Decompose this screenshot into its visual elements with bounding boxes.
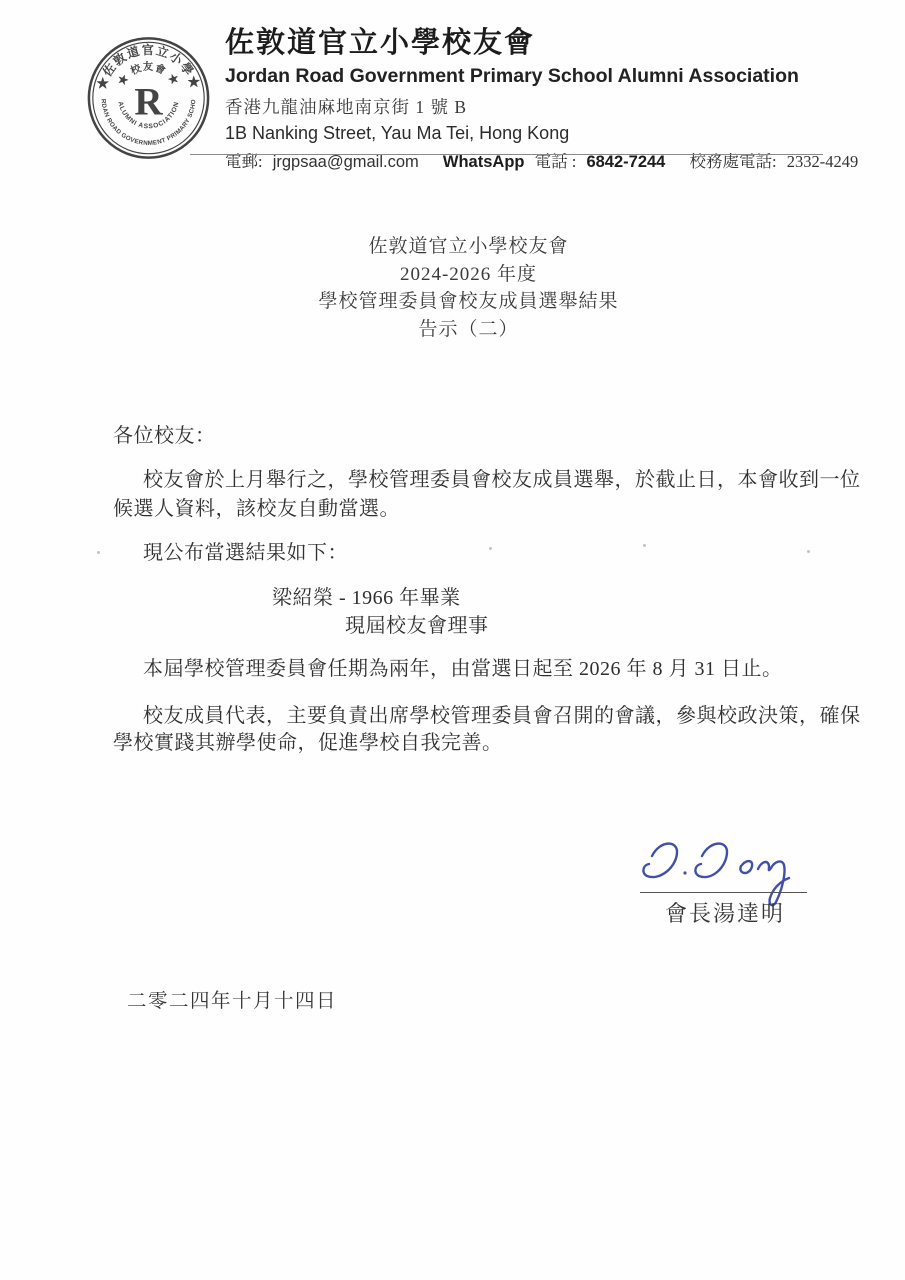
office-phone-label: 校務處電話:	[690, 152, 777, 171]
signature-line	[640, 892, 807, 893]
whatsapp-number: 6842-7244	[586, 153, 665, 171]
scan-speck	[807, 550, 810, 553]
scan-speck	[97, 551, 100, 554]
email-label: 電郵:	[225, 152, 263, 171]
paragraph4-line2: 學校實踐其辦學使命，促進學校自我完善。	[113, 731, 503, 755]
org-name-english: Jordan Road Government Primary School Al…	[225, 65, 845, 87]
title-term-years: 2024-2026 年度	[112, 261, 825, 289]
paragraph1-line1: 校友會於上月舉行之，學校管理委員會校友成員選舉，於截止日，本會收到一位	[143, 468, 861, 492]
signer-title-name: 會長湯達明	[645, 897, 805, 928]
paragraph2-announcement: 現公布當選結果如下：	[143, 541, 348, 565]
paragraph3-term: 本屆學校管理委員會任期為兩年，由當選日起至 2026 年 8 月 31 日止。	[143, 657, 783, 681]
org-name-chinese: 佐敦道官立小學校友會	[225, 28, 845, 60]
elected-member-name: 梁紹榮 - 1966 年畢業	[272, 586, 461, 610]
scan-speck	[489, 547, 492, 550]
scan-speck	[643, 544, 646, 547]
title-election-result: 學校管理委員會校友成員選舉結果	[112, 288, 825, 316]
paragraph4-line1: 校友成員代表，主要負責出席學校管理委員會召開的會議，參與校政決策，確保	[143, 704, 861, 728]
document-title-block: 佐敦道官立小學校友會 2024-2026 年度 學校管理委員會校友成員選舉結果 …	[112, 233, 825, 343]
paragraph1-line2: 候選人資料，該校友自動當選。	[113, 497, 400, 521]
letterhead: 佐敦道官立小學校友會 Jordan Road Government Primar…	[225, 28, 845, 172]
contact-line: 電郵: jrgpsaa@gmail.com WhatsApp 電話 : 6842…	[225, 148, 845, 172]
whatsapp-phone-label: 電話 :	[535, 152, 577, 171]
office-phone-number: 2332-4249	[787, 152, 859, 171]
letterhead-divider	[190, 154, 823, 155]
email-address: jrgpsaa@gmail.com	[273, 153, 419, 171]
salutation: 各位校友：	[113, 424, 216, 448]
address-english: 1B Nanking Street, Yau Ma Tei, Hong Kong	[225, 123, 845, 144]
seal-monogram-r: R	[134, 81, 163, 124]
elected-member-title: 現屆校友會理事	[345, 614, 489, 638]
alumni-association-seal: ★佐敦道官立小學★ ★ 校友會 ★ R JORDAN ROAD GOVERNME…	[85, 33, 212, 163]
title-org-name: 佐敦道官立小學校友會	[112, 233, 825, 261]
scanned-letter-page: ★佐敦道官立小學★ ★ 校友會 ★ R JORDAN ROAD GOVERNME…	[0, 0, 905, 1280]
whatsapp-label: WhatsApp	[443, 153, 525, 171]
address-chinese: 香港九龍油麻地南京街 1 號 B	[225, 94, 845, 119]
letter-date: 二零二四年十月十四日	[127, 985, 337, 1013]
title-notice-number: 告示（二）	[112, 316, 825, 344]
